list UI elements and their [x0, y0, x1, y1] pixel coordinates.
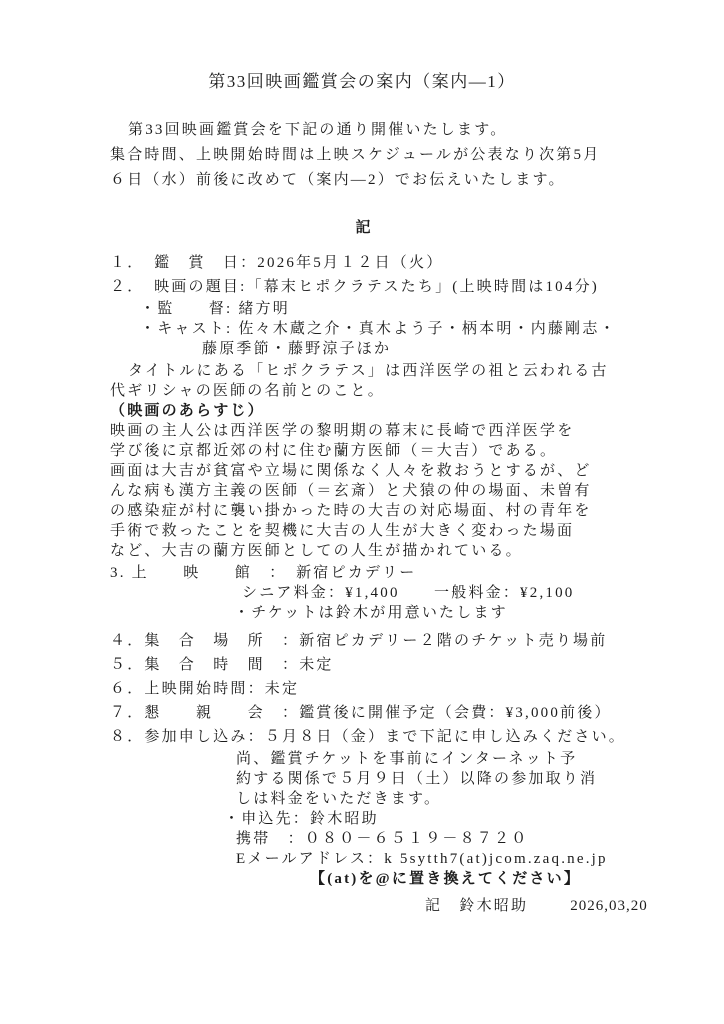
item-8-cont-2: 約する関係で５月９日（土）以降の参加取り消: [110, 769, 632, 789]
document-title: 第33回映画鑑賞会の案内（案内―1）: [92, 70, 632, 94]
item-8-phone: 携帯 ：０８０－６５１９－８７２０: [110, 829, 632, 849]
items-1-2-block: １． 鑑 賞 日：2026年5月１２日（火） ２． 映画の題目:「幕末ヒポクラテ…: [110, 251, 632, 359]
note-line-2: 代ギリシャの医師の名前とのこと。: [110, 381, 632, 401]
item-3-theater: 3. 上 映 館 ： 新宿ピカデリー: [110, 563, 632, 583]
synopsis-line-7: など、大吉の蘭方医師としての人生が描かれている。: [110, 541, 632, 561]
synopsis-line-4: んな病も漢方主義の医師（＝玄斎）と犬猿の仲の場面、未曽有: [110, 481, 632, 501]
synopsis-line-1: 映画の主人公は西洋医学の黎明期の幕末に長崎で西洋医学を: [110, 421, 632, 441]
synopsis-line-6: 手術で救ったことを契機に大吉の人生が大きく変わった場面: [110, 521, 632, 541]
item-2-director: ・監 督: 緒方明: [110, 299, 632, 319]
document-footer: 記 鈴木昭助2026,03,20: [110, 895, 632, 917]
item-4-meeting-place: ４．集 合 場 所 ：新宿ピカデリー２階のチケット売り場前: [110, 629, 632, 653]
note-line-1: タイトルにある「ヒポクラテス」は西洋医学の祖と云われる古: [110, 361, 632, 381]
item-6-screening-start: ６．上映開始時間：未定: [110, 677, 632, 701]
item-8-contact-name: ・申込先：鈴木昭助: [110, 809, 632, 829]
item-8-application: ８．参加申し込み：５月８日（金）まで下記に申し込みください。: [110, 725, 632, 749]
title-note-paragraph: タイトルにある「ヒポクラテス」は西洋医学の祖と云われる古 代ギリシャの医師の名前…: [110, 361, 632, 401]
item-5-meeting-time: ５．集 合 時 間 ：未定: [110, 653, 632, 677]
item-2-cast-line-2: 藤原季節・藤野涼子ほか: [110, 339, 632, 359]
item-2-cast-line-1: ・キャスト: 佐々木蔵之介・真木よう子・柄本明・内藤剛志・: [110, 319, 632, 339]
item-8-cont-3: しは料金をいただきます。: [110, 789, 632, 809]
synopsis-block: （映画のあらすじ） 映画の主人公は西洋医学の黎明期の幕末に長崎で西洋医学を 学び…: [110, 401, 632, 561]
item-2-movie-title: ２． 映画の題目:「幕末ヒポクラテスたち」(上映時間は104分): [110, 275, 632, 299]
item-8-email: Eメールアドレス：k 5sytth7(at)jcom.zaq.ne.jp: [110, 849, 632, 869]
intro-line-2: 集合時間、上映開始時間は上映スケジュールが公表なり次第5月: [110, 143, 632, 168]
item-8-email-note: 【(at)を@に置き換えてください】: [110, 869, 632, 889]
intro-line-3: ６日（水）前後に改めて（案内―2）でお伝えいたします。: [110, 168, 632, 193]
scanned-document-page: 第33回映画鑑賞会の案内（案内―1） 第33回映画鑑賞会を下記の通り開催いたしま…: [0, 0, 724, 1024]
footer-writer: 記 鈴木昭助: [425, 898, 528, 914]
intro-paragraph: 第33回映画鑑賞会を下記の通り開催いたします。 集合時間、上映開始時間は上映スケ…: [110, 118, 632, 193]
synopsis-line-3: 画面は大吉が貧富や立場に関係なく人々を救おうとするが、ど: [110, 461, 632, 481]
item-3-prices: シニア料金：¥1,400 一般料金：¥2,100: [110, 583, 632, 603]
item-7-social-gathering: ７．懇 親 会 ：鑑賞後に開催予定（会費：¥3,000前後）: [110, 701, 632, 725]
footer-date: 2026,03,20: [570, 898, 648, 914]
synopsis-line-5: の感染症が村に襲い掛かった時の大吉の対応場面、村の青年を: [110, 501, 632, 521]
synopsis-heading: （映画のあらすじ）: [110, 401, 632, 421]
intro-line-1: 第33回映画鑑賞会を下記の通り開催いたします。: [110, 118, 632, 143]
item-3-block: 3. 上 映 館 ： 新宿ピカデリー シニア料金：¥1,400 一般料金：¥2,…: [110, 563, 632, 623]
items-4-8-block: ４．集 合 場 所 ：新宿ピカデリー２階のチケット売り場前 ５．集 合 時 間 …: [110, 629, 632, 889]
synopsis-line-2: 学び後に京都近郊の村に住む蘭方医師（＝大吉）である。: [110, 441, 632, 461]
item-8-cont-1: 尚、鑑賞チケットを事前にインターネット予: [110, 749, 632, 769]
record-marker: 記: [96, 217, 632, 239]
item-3-ticket-note: ・チケットは鈴木が用意いたします: [110, 603, 632, 623]
item-1-viewing-date: １． 鑑 賞 日：2026年5月１２日（火）: [110, 251, 632, 275]
